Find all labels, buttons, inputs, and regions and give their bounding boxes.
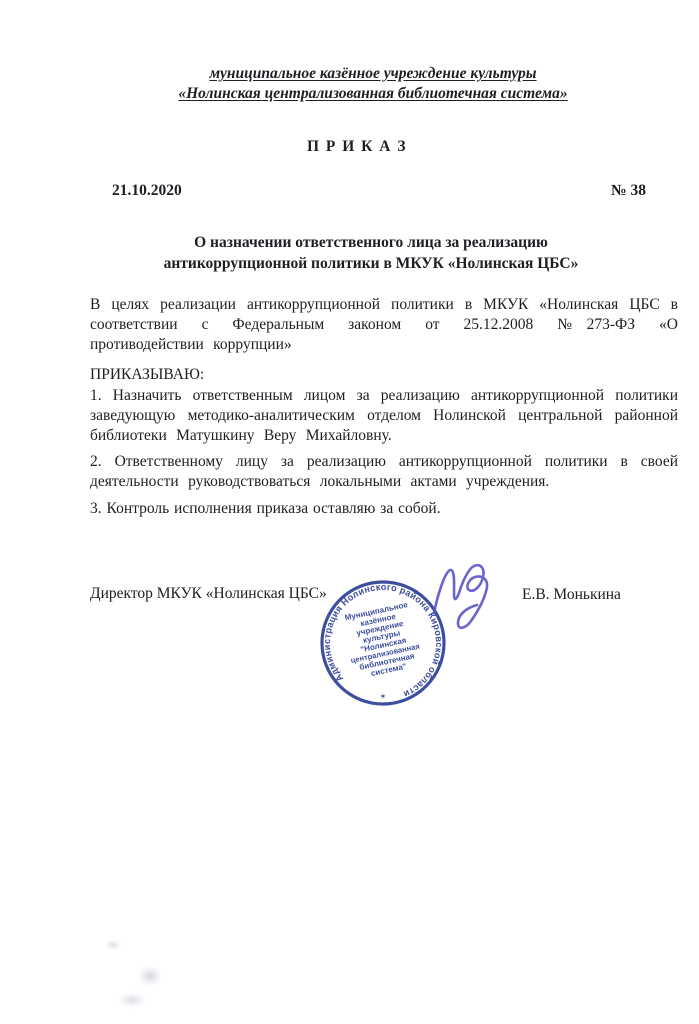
document-date: 21.10.2020 — [112, 182, 182, 200]
org-header-line1: муниципальное казённое учреждение культу… — [79, 64, 667, 84]
handwritten-signature — [424, 549, 520, 645]
document-number: № 38 — [611, 182, 646, 200]
subject-line2: антикоррупционной политики в МКУК «Нолин… — [83, 253, 659, 274]
signatory-name: Е.В. Монькина — [522, 586, 621, 604]
org-header: муниципальное казённое учреждение культу… — [79, 64, 667, 104]
stamp-star-icon: ✶ — [380, 692, 387, 701]
document-type-title: П Р И К А З — [63, 138, 651, 156]
scan-artifact — [138, 966, 162, 986]
order-item-1: 1. Назначить ответственным лицом за реал… — [90, 386, 678, 446]
signature-ink-icon — [424, 549, 520, 645]
org-header-line2: «Нолинская централизованная библиотечная… — [79, 84, 667, 104]
order-word: ПРИКАЗЫВАЮ: — [90, 366, 204, 384]
order-item-3: 3. Контроль исполнения приказа оставляю … — [90, 499, 678, 519]
org-name-line1: муниципальное казённое учреждение культу… — [209, 65, 536, 82]
org-name-line2: «Нолинская централизованная библиотечная… — [178, 85, 567, 102]
order-item-2: 2. Ответственному лицу за реализацию ант… — [90, 452, 678, 492]
preamble-paragraph: В целях реализации антикоррупционной пол… — [90, 295, 678, 355]
subject-line1: О назначении ответственного лица за реал… — [83, 232, 659, 253]
signatory-position: Директор МКУК «Нолинская ЦБС» — [90, 585, 327, 603]
scan-artifact — [105, 940, 121, 950]
scanned-order-document: муниципальное казённое учреждение культу… — [0, 0, 699, 1024]
document-subject: О назначении ответственного лица за реал… — [83, 232, 659, 274]
scan-artifact — [118, 993, 146, 1007]
